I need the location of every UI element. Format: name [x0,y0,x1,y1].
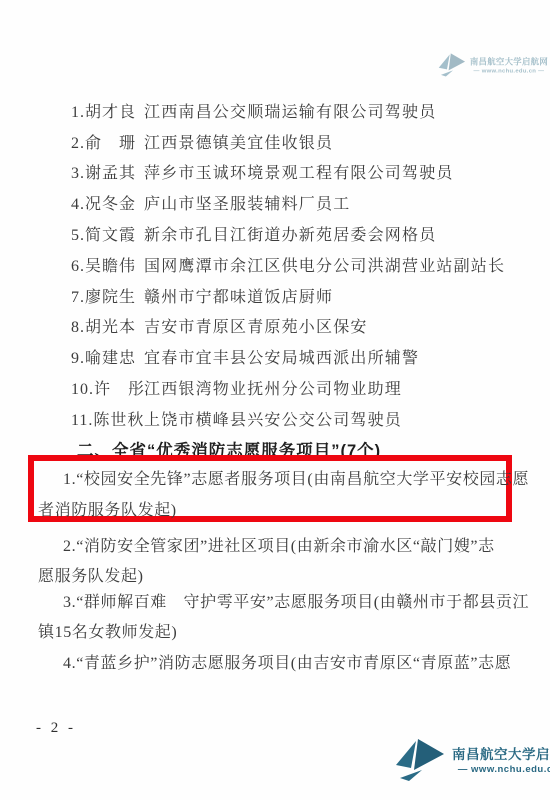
site-url: — www.nchu.edu.cn — [474,68,545,75]
winner-name: 谢孟其 [85,165,136,182]
project-2-line-1: 2.“消防安全管家团”进社区项目(由新余市渝水区“敲门嫂”志 [38,533,541,556]
winner-row: 2.俞 珊 江西景德镇美宜佳收银员 [71,126,495,157]
site-watermark-top: 南昌航空大学启航网 — www.nchu.edu.cn — [438,52,548,80]
winner-number: 9. [71,350,85,367]
page-number: - 2 - [36,720,76,737]
winner-row: 11.陈世秋 上饶市横峰县兴安公交公司驾驶员 [71,403,495,434]
winner-number: 11. [71,412,93,429]
winner-organization: 江西银湾物业抚州分公司物业助理 [144,376,495,399]
project-3-line-2: 镇15名女教师发起) [38,619,516,642]
winner-number: 6. [71,258,85,275]
site-url: — www.nchu.edu.cn — [458,765,550,776]
winner-name: 许 彤 [94,381,145,398]
winner-name: 胡光本 [85,319,136,336]
winner-row: 7.廖院生 赣州市宁都味道饭店厨师 [71,280,495,311]
winner-number: 7. [71,289,85,306]
winners-list: 1.胡才良 江西南昌公交顺瑞运输有限公司驾驶员 2.俞 珊 江西景德镇美宜佳收银… [71,95,495,434]
winner-organization: 江西景德镇美宜佳收银员 [144,130,495,153]
project-3-line-1: 3.“群师解百难 守护雩平安”志愿服务项目(由赣州市于都县贡江 [38,589,541,612]
paper-plane-logo-icon [394,737,446,786]
winner-row: 3.谢孟其 萍乡市玉诚环境景观工程有限公司驾驶员 [71,157,495,188]
winner-organization: 江西南昌公交顺瑞运输有限公司驾驶员 [144,99,495,122]
project-2-line-2: 愿服务队发起) [38,563,516,586]
winner-organization: 庐山市坚圣服装辅料厂员工 [144,191,495,214]
winner-organization: 吉安市青原区青原苑小区保安 [144,314,495,337]
winner-row: 8.胡光本 吉安市青原区青原苑小区保安 [71,311,495,342]
winner-name: 廖院生 [85,289,136,306]
winner-row: 5.简文霞 新余市孔目江街道办新苑居委会网格员 [71,218,495,249]
winner-row: 6.吴瞻伟 国网鹰潭市余江区供电分公司洪湖营业站副站长 [71,249,495,280]
site-watermark-bottom: 南昌航空大学启航网 — www.nchu.edu.cn — [394,737,550,786]
winner-number: 10. [71,381,94,398]
winner-organization: 赣州市宁都味道饭店厨师 [144,284,495,307]
winner-name: 陈世秋 [93,412,144,429]
winner-name: 喻建忠 [85,350,136,367]
winner-row: 4.况冬金 庐山市坚圣服装辅料厂员工 [71,187,495,218]
winner-name: 俞 珊 [85,135,136,152]
site-name: 南昌航空大学启航网 [470,57,548,67]
winner-organization: 宜春市宜丰县公安局城西派出所辅警 [144,345,495,368]
winner-row: 9.喻建忠 宜春市宜丰县公安局城西派出所辅警 [71,341,495,372]
winner-name: 胡才良 [85,104,136,121]
project-1-line-2: 者消防服务队发起) [38,497,516,520]
site-name: 南昌航空大学启航网 [452,747,550,763]
winner-organization: 上饶市横峰县兴安公交公司驾驶员 [144,407,495,430]
winner-row: 10.许 彤 江西银湾物业抚州分公司物业助理 [71,372,495,403]
winner-name: 简文霞 [85,227,136,244]
winner-number: 3. [71,165,85,182]
winner-number: 4. [71,196,85,213]
paper-plane-logo-icon [438,52,467,80]
winner-number: 1. [71,104,85,121]
project-1-line-1: 1.“校园安全先锋”志愿者服务项目(由南昌航空大学平安校园志愿 [38,466,541,489]
winner-name: 吴瞻伟 [85,258,136,275]
winner-organization: 国网鹰潭市余江区供电分公司洪湖营业站副站长 [144,253,505,276]
scanned-document-page: 1.胡才良 江西南昌公交顺瑞运输有限公司驾驶员 2.俞 珊 江西景德镇美宜佳收银… [0,0,550,800]
winner-organization: 萍乡市玉诚环境景观工程有限公司驾驶员 [144,160,495,183]
project-4-line-1: 4.“青蓝乡护”消防志愿服务项目(由吉安市青原区“青原蓝”志愿 [38,650,541,673]
winner-organization: 新余市孔目江街道办新苑居委会网格员 [144,222,495,245]
winner-row: 1.胡才良 江西南昌公交顺瑞运输有限公司驾驶员 [71,95,495,126]
winner-number: 5. [71,227,85,244]
winner-number: 8. [71,319,85,336]
winner-number: 2. [71,135,85,152]
winner-name: 况冬金 [85,196,136,213]
